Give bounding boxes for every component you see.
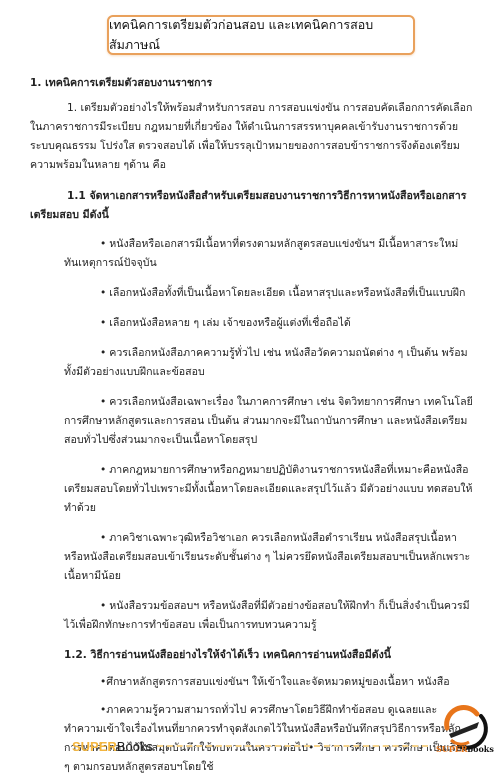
subsection-heading-1-2: 1.2. วิธีการอ่านหนังสืออย่างไรให้จำได้เร… bbox=[64, 646, 475, 665]
list-item: •ควรเลือกหนังสือเฉพาะเรื่อง ในภาคการศึกษ… bbox=[64, 393, 475, 450]
page-footer: SUPERBooks bbox=[72, 738, 490, 754]
bullet-icon: • bbox=[100, 464, 106, 476]
title-box: เทคนิคการเตรียมตัวก่อนสอบ และเทคนิคการสอ… bbox=[107, 15, 415, 55]
bullet-icon: • bbox=[100, 317, 106, 329]
list-item: •ศึกษาหลักสูตรการสอบแข่งขันฯ ให้เข้าใจแล… bbox=[64, 673, 475, 692]
list-item: •หนังสือรวมข้อสอบฯ หรือหนังสือที่มีตัวอย… bbox=[64, 597, 475, 635]
subsection-heading-1-1: 1.1 จัดหาเอกสารหรือหนังสือสำหรับเตรียมสอ… bbox=[30, 187, 475, 225]
bullet-list-1-1: •หนังสือหรือเอกสารมีเนื้อหาที่ตรงตามหลัก… bbox=[64, 235, 475, 635]
bullet-list-1-2: •ศึกษาหลักสูตรการสอบแข่งขันฯ ให้เข้าใจแล… bbox=[64, 673, 475, 777]
list-item: •ภาคกฎหมายการศึกษาหรือกฎหมายปฏิบัติงานรา… bbox=[64, 461, 475, 518]
list-item: •ควรเลือกหนังสือภาคความรู้ทั่วไป เช่น หน… bbox=[64, 344, 475, 382]
list-item: •หนังสือหรือเอกสารมีเนื้อหาที่ตรงตามหลัก… bbox=[64, 235, 475, 273]
intro-paragraph: 1. เตรียมตัวอย่างไรให้พร้อมสำหรับการสอบ … bbox=[30, 99, 475, 175]
bullet-icon: • bbox=[100, 238, 106, 250]
brand-super-text: SUPER bbox=[72, 739, 117, 754]
brand-books-text: Books bbox=[117, 739, 153, 754]
bullet-icon: • bbox=[100, 347, 106, 359]
bullet-icon: • bbox=[100, 600, 106, 612]
list-item: •เลือกหนังสือทั้งที่เป็นเนื้อหาโดยละเอีย… bbox=[64, 284, 475, 303]
list-item: •ภาควิชาเฉพาะวุฒิหรือวิชาเอก ควรเลือกหนั… bbox=[64, 529, 475, 586]
document-body: 1. เทคนิคการเตรียมตัวสอบงานราชการ 1. เตร… bbox=[30, 74, 475, 783]
bullet-icon: • bbox=[100, 532, 106, 544]
bullet-icon: • bbox=[100, 396, 106, 408]
list-item: •เลือกหนังสือหลาย ๆ เล่ม เจ้าของหรือผู้แ… bbox=[64, 314, 475, 333]
document-title: เทคนิคการเตรียมตัวก่อนสอบ และเทคนิคการสอ… bbox=[109, 15, 413, 55]
bullet-icon: • bbox=[100, 287, 106, 299]
logo-wordmark: SUPERbooks bbox=[436, 744, 494, 754]
footer-divider bbox=[157, 745, 428, 747]
section-heading: 1. เทคนิคการเตรียมตัวสอบงานราชการ bbox=[30, 74, 475, 93]
